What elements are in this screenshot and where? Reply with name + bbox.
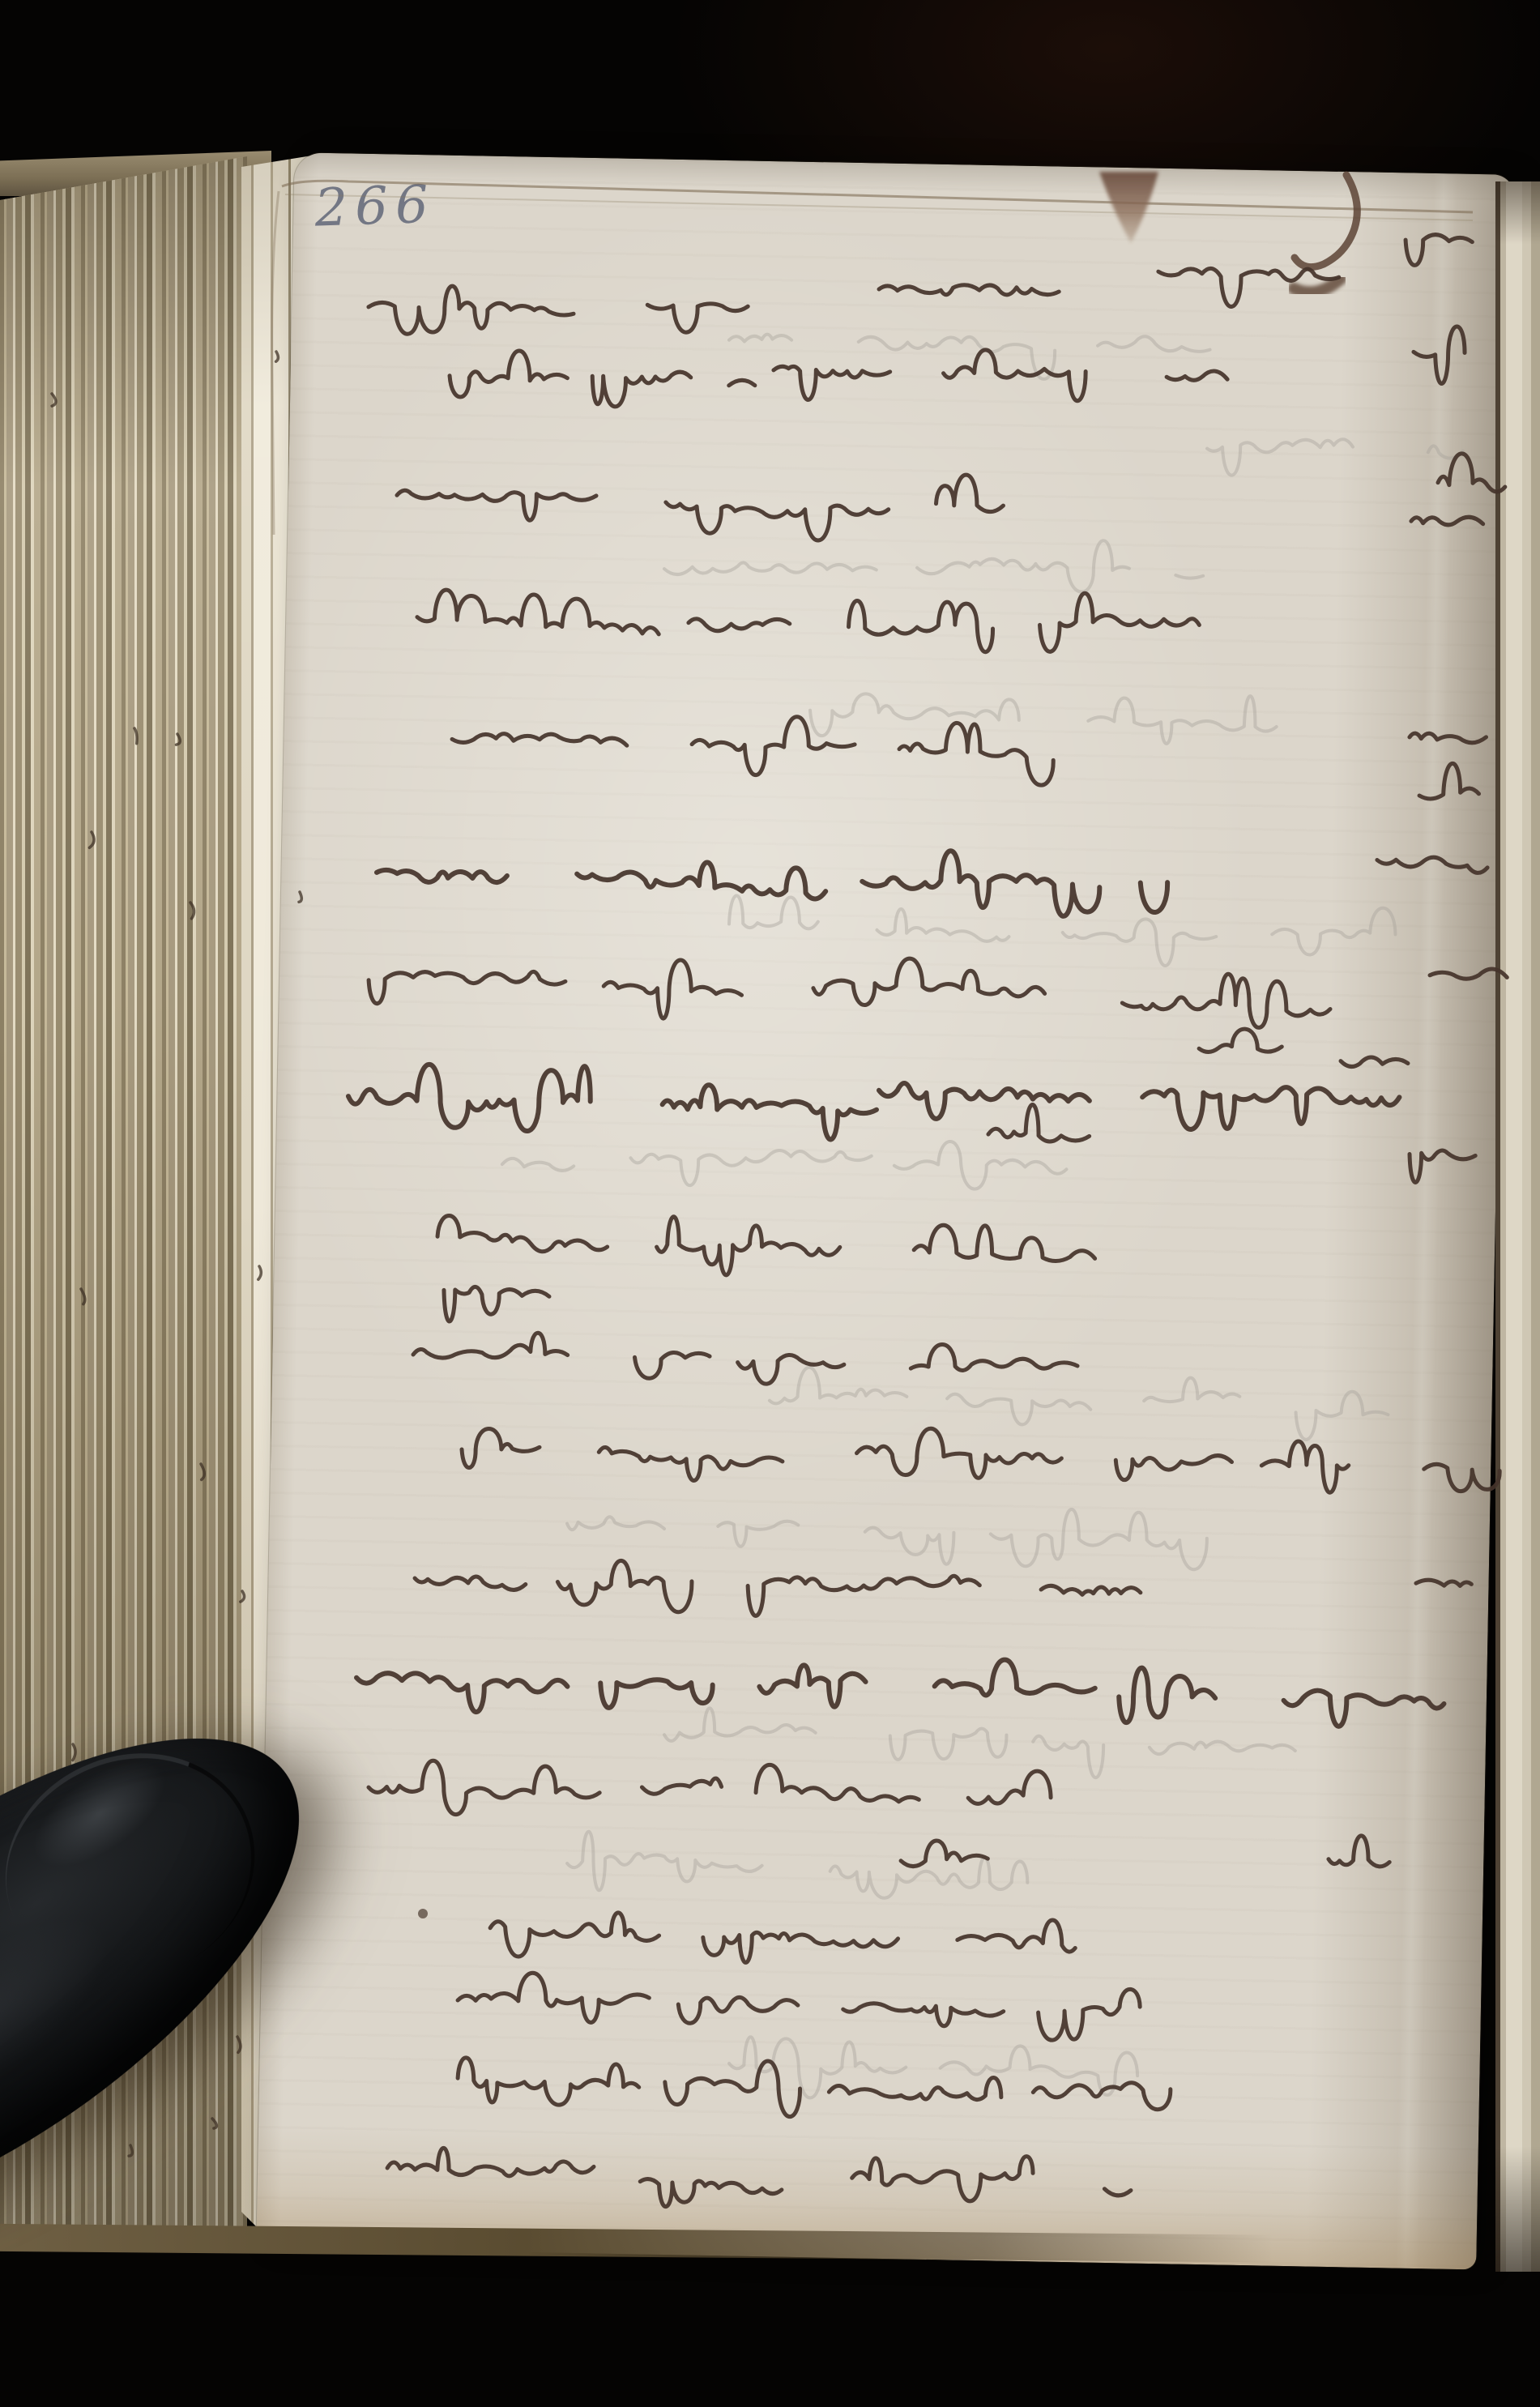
- handwriting-overlay: [0, 0, 1540, 2407]
- ink-j-mark-foot: [1294, 279, 1341, 292]
- ink-j-mark: [1295, 175, 1357, 267]
- manuscript-photo: 266: [0, 0, 1540, 2407]
- show-through-writing: [501, 328, 1463, 2104]
- page-edge-rule-left: [272, 191, 279, 535]
- ink-dot: [418, 1909, 428, 1918]
- ink-writing-lines: [348, 234, 1507, 2216]
- ink-blot: [1099, 172, 1158, 243]
